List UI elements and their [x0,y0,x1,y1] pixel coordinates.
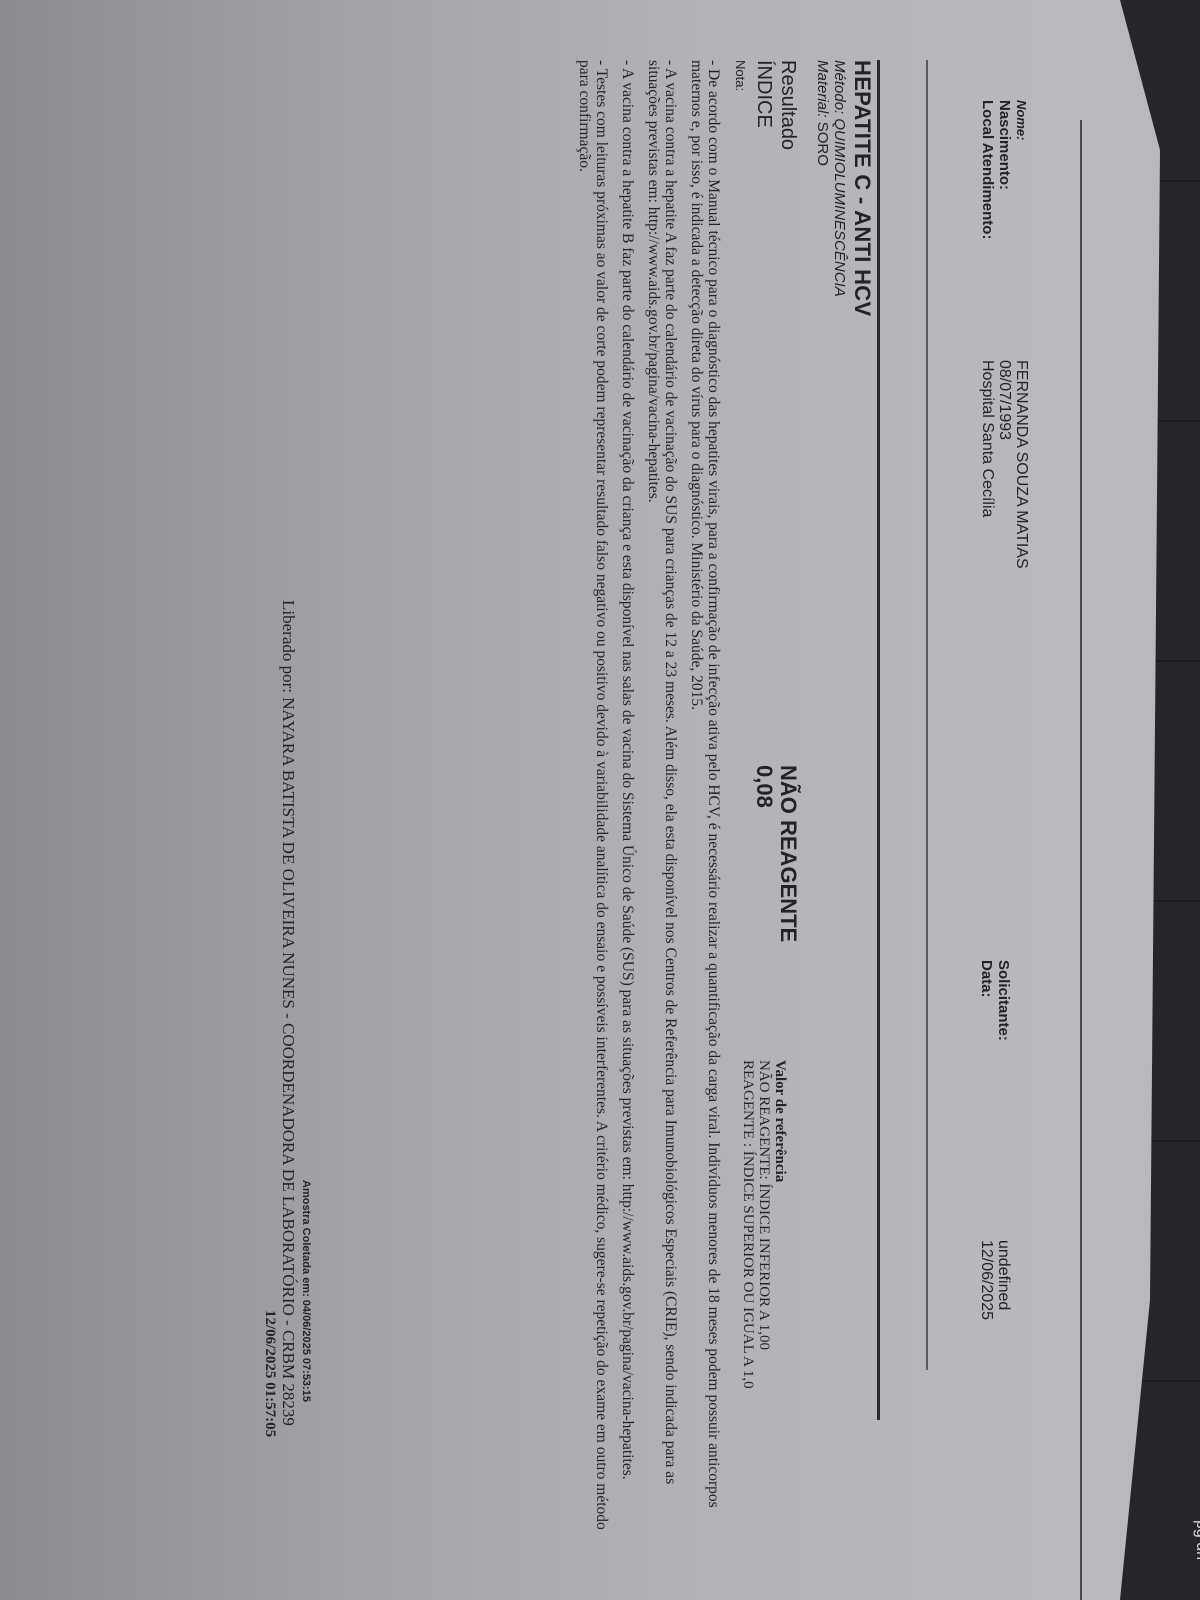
requester-value: undefined [995,1240,1012,1320]
reference-line: NÃO REAGENTE: ÍNDICE INFERIOR A 1,00 [756,1060,772,1389]
result-label: Resultado [776,60,800,150]
patient-name: FERNANDA SOUZA MATIAS [1013,360,1030,569]
method-label: Método: [831,60,848,114]
result-labels: Resultado ÍNDICE [752,60,800,150]
sample-collected: Amostra Coletada em: 04/06/2025 07:53:15 [300,1180,312,1402]
birth-date: 08/07/1993 [996,360,1013,569]
requester-label: Solicitante: [995,960,1012,1041]
note-paragraph: - De acordo com o Manual técnico para o … [688,60,722,1540]
reference-values: Valor de referência NÃO REAGENTE: ÍNDICE… [740,1060,788,1389]
released-at: 12/06/2025 01:57:05 [261,1310,278,1437]
header-divider [1080,120,1082,1600]
request-field-values: undefined 12/06/2025 [978,1240,1012,1320]
released-by: Liberado por: NAYARA BATISTA DE OLIVEIRA… [278,600,298,1426]
notes-section: - De acordo com o Manual técnico para o … [567,60,722,1540]
care-location: Hospital Santa Cecília [979,360,996,569]
result-value: NÃO REAGENTE [776,765,800,942]
note-label: Nota: [733,60,748,91]
index-label: ÍNDICE [752,60,776,150]
material-value: SORO [814,122,831,166]
result-values: NÃO REAGENTE 0,08 [752,765,800,942]
method-value: QUIMIOLUMINESCÊNCIA [831,118,848,296]
material-label: Material: [814,60,831,118]
birth-label: Nascimento: [996,100,1013,239]
exam-title: HEPATITE C - ANTI HCV [849,60,875,316]
lab-report: Nome: Nascimento: Local Atendimento: FER… [20,60,1140,1600]
note-paragraph: - A vacina contra a hepatite A faz parte… [645,60,679,1540]
reference-line: REAGENTE : ÍNDICE SUPERIOR OU IGUAL A 1,… [740,1060,756,1389]
page-down-key-label: pg dn [1192,1520,1200,1560]
date-label: Data: [978,960,995,1041]
location-label: Local Atendimento: [979,100,996,239]
reference-title: Valor de referência [772,1060,788,1182]
note-paragraph: - A vacina contra a hepatite B faz parte… [619,60,636,1540]
patient-field-values: FERNANDA SOUZA MATIAS 08/07/1993 Hospita… [979,360,1030,569]
patient-field-labels: Nome: Nascimento: Local Atendimento: [979,100,1030,239]
section-divider-thick [877,60,880,1420]
note-paragraph: - Testes com leituras próximas ao valor … [576,60,610,1540]
name-label: Nome: [1013,100,1030,239]
report-date: 12/06/2025 [978,1240,995,1320]
request-field-labels: Solicitante: Data: [978,960,1012,1041]
section-divider-thin [926,60,928,1370]
index-value: 0,08 [752,765,776,942]
exam-method-block: Método: QUIMIOLUMINESCÊNCIA Material: SO… [814,60,848,297]
